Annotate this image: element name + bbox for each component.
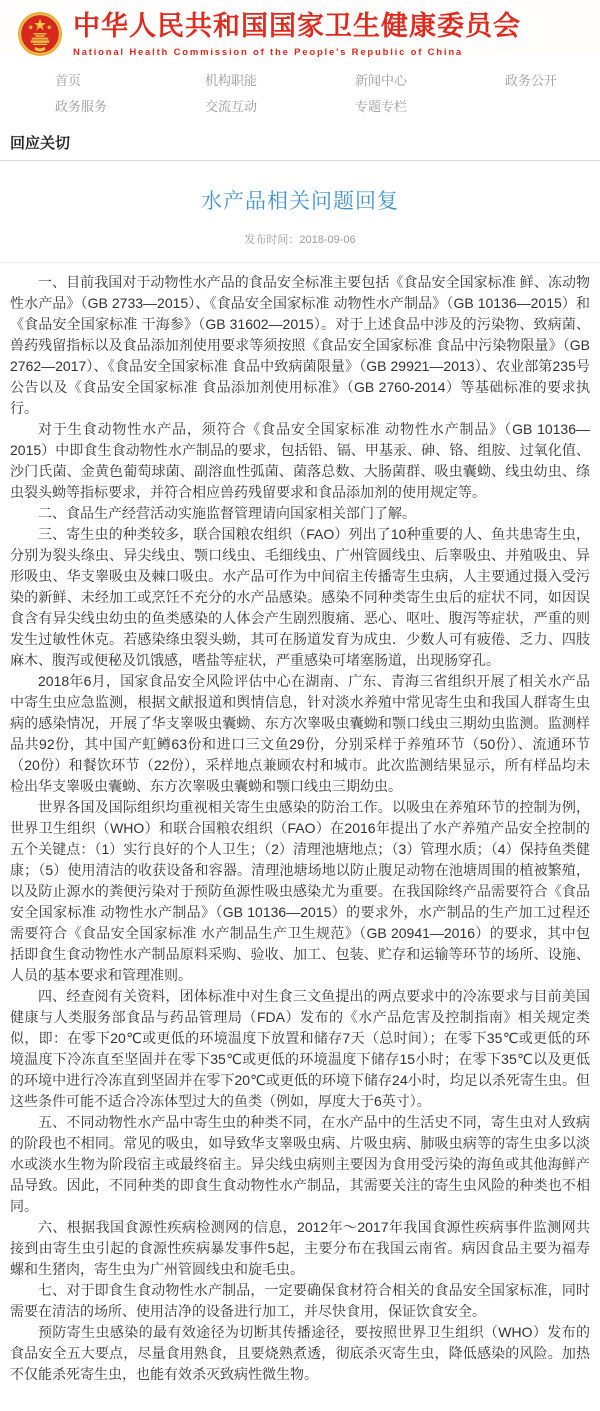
- nav-item-news[interactable]: 新闻中心: [300, 68, 450, 94]
- paragraph: 二、食品生产经营活动实施监督管理请向国家相关部门了解。: [10, 503, 590, 524]
- paragraph: 三、寄生虫的种类较多，联合国粮农组织（FAO）列出了10种重要的人、鱼共患寄生虫…: [10, 524, 590, 671]
- paragraph: 世界各国及国际组织均重视相关寄生虫感染的防治工作。以吸虫在养殖环节的控制为例，世…: [10, 797, 590, 986]
- paragraph: 六、根据我国食源性疾病检测网的信息，2012年～2017年我国食源性疾病事件监测…: [10, 1217, 590, 1280]
- main-nav: 首页 机构职能 新闻中心 政务公开 政务服务 交流互动 专题专栏: [0, 58, 600, 124]
- paragraph: 2018年6月，国家食品安全风险评估中心在湖南、广东、青海三省组织开展了相关水产…: [10, 671, 590, 797]
- paragraph: 四、经查阅有关资料，团体标准中对生食三文鱼提出的两点要求中的冷冻要求与目前美国健…: [10, 986, 590, 1112]
- nav-item-services[interactable]: 政务服务: [0, 94, 150, 120]
- national-emblem-icon: [17, 11, 63, 57]
- article-title: 水产品相关问题回复: [20, 185, 580, 215]
- article-body: 一、目前我国对于动物性水产品的食品安全标准主要包括《食品安全国家标准 鲜、冻动物…: [0, 263, 600, 1411]
- publish-date: 2018-09-06: [299, 234, 355, 246]
- site-title-en: National Health Commission of the People…: [73, 47, 521, 58]
- article-meta: 发布时间：2018-09-06: [0, 231, 600, 263]
- nav-item-topics[interactable]: 专题专栏: [300, 94, 450, 120]
- paragraph: 五、不同动物性水产品中寄生虫的种类不同，在水产品中的生活史不同，寄生虫对人致病的…: [10, 1112, 590, 1217]
- paragraph: 一、目前我国对于动物性水产品的食品安全标准主要包括《食品安全国家标准 鲜、冻动物…: [10, 272, 590, 419]
- breadcrumb-section-label[interactable]: 回应关切: [0, 124, 600, 160]
- nav-item-home[interactable]: 首页: [0, 68, 150, 94]
- article: 水产品相关问题回复 发布时间：2018-09-06 一、目前我国对于动物性水产品…: [0, 185, 600, 1411]
- site-header: 中华人民共和国国家卫生健康委员会 National Health Commiss…: [0, 0, 600, 58]
- site-titles: 中华人民共和国国家卫生健康委员会 National Health Commiss…: [73, 9, 521, 58]
- section-divider: [0, 160, 600, 161]
- site-title-cn: 中华人民共和国国家卫生健康委员会: [73, 11, 521, 42]
- publish-date-label: 发布时间：: [244, 234, 299, 246]
- nav-item-functions[interactable]: 机构职能: [150, 68, 300, 94]
- paragraph: 七、对于即食生食动物性水产制品，一定要确保食材符合相关的食品安全国家标准，同时需…: [10, 1280, 590, 1322]
- nav-item-gov-open[interactable]: 政务公开: [450, 68, 600, 94]
- page: 中华人民共和国国家卫生健康委员会 National Health Commiss…: [0, 0, 600, 1411]
- nav-item-interaction[interactable]: 交流互动: [150, 94, 300, 120]
- paragraph: 对于生食动物性水产品，须符合《食品安全国家标准 动物性水产制品》（GB 1013…: [10, 419, 590, 503]
- paragraph: 预防寄生虫感染的最有效途径为切断其传播途径，要按照世界卫生组织（WHO）发布的食…: [10, 1322, 590, 1385]
